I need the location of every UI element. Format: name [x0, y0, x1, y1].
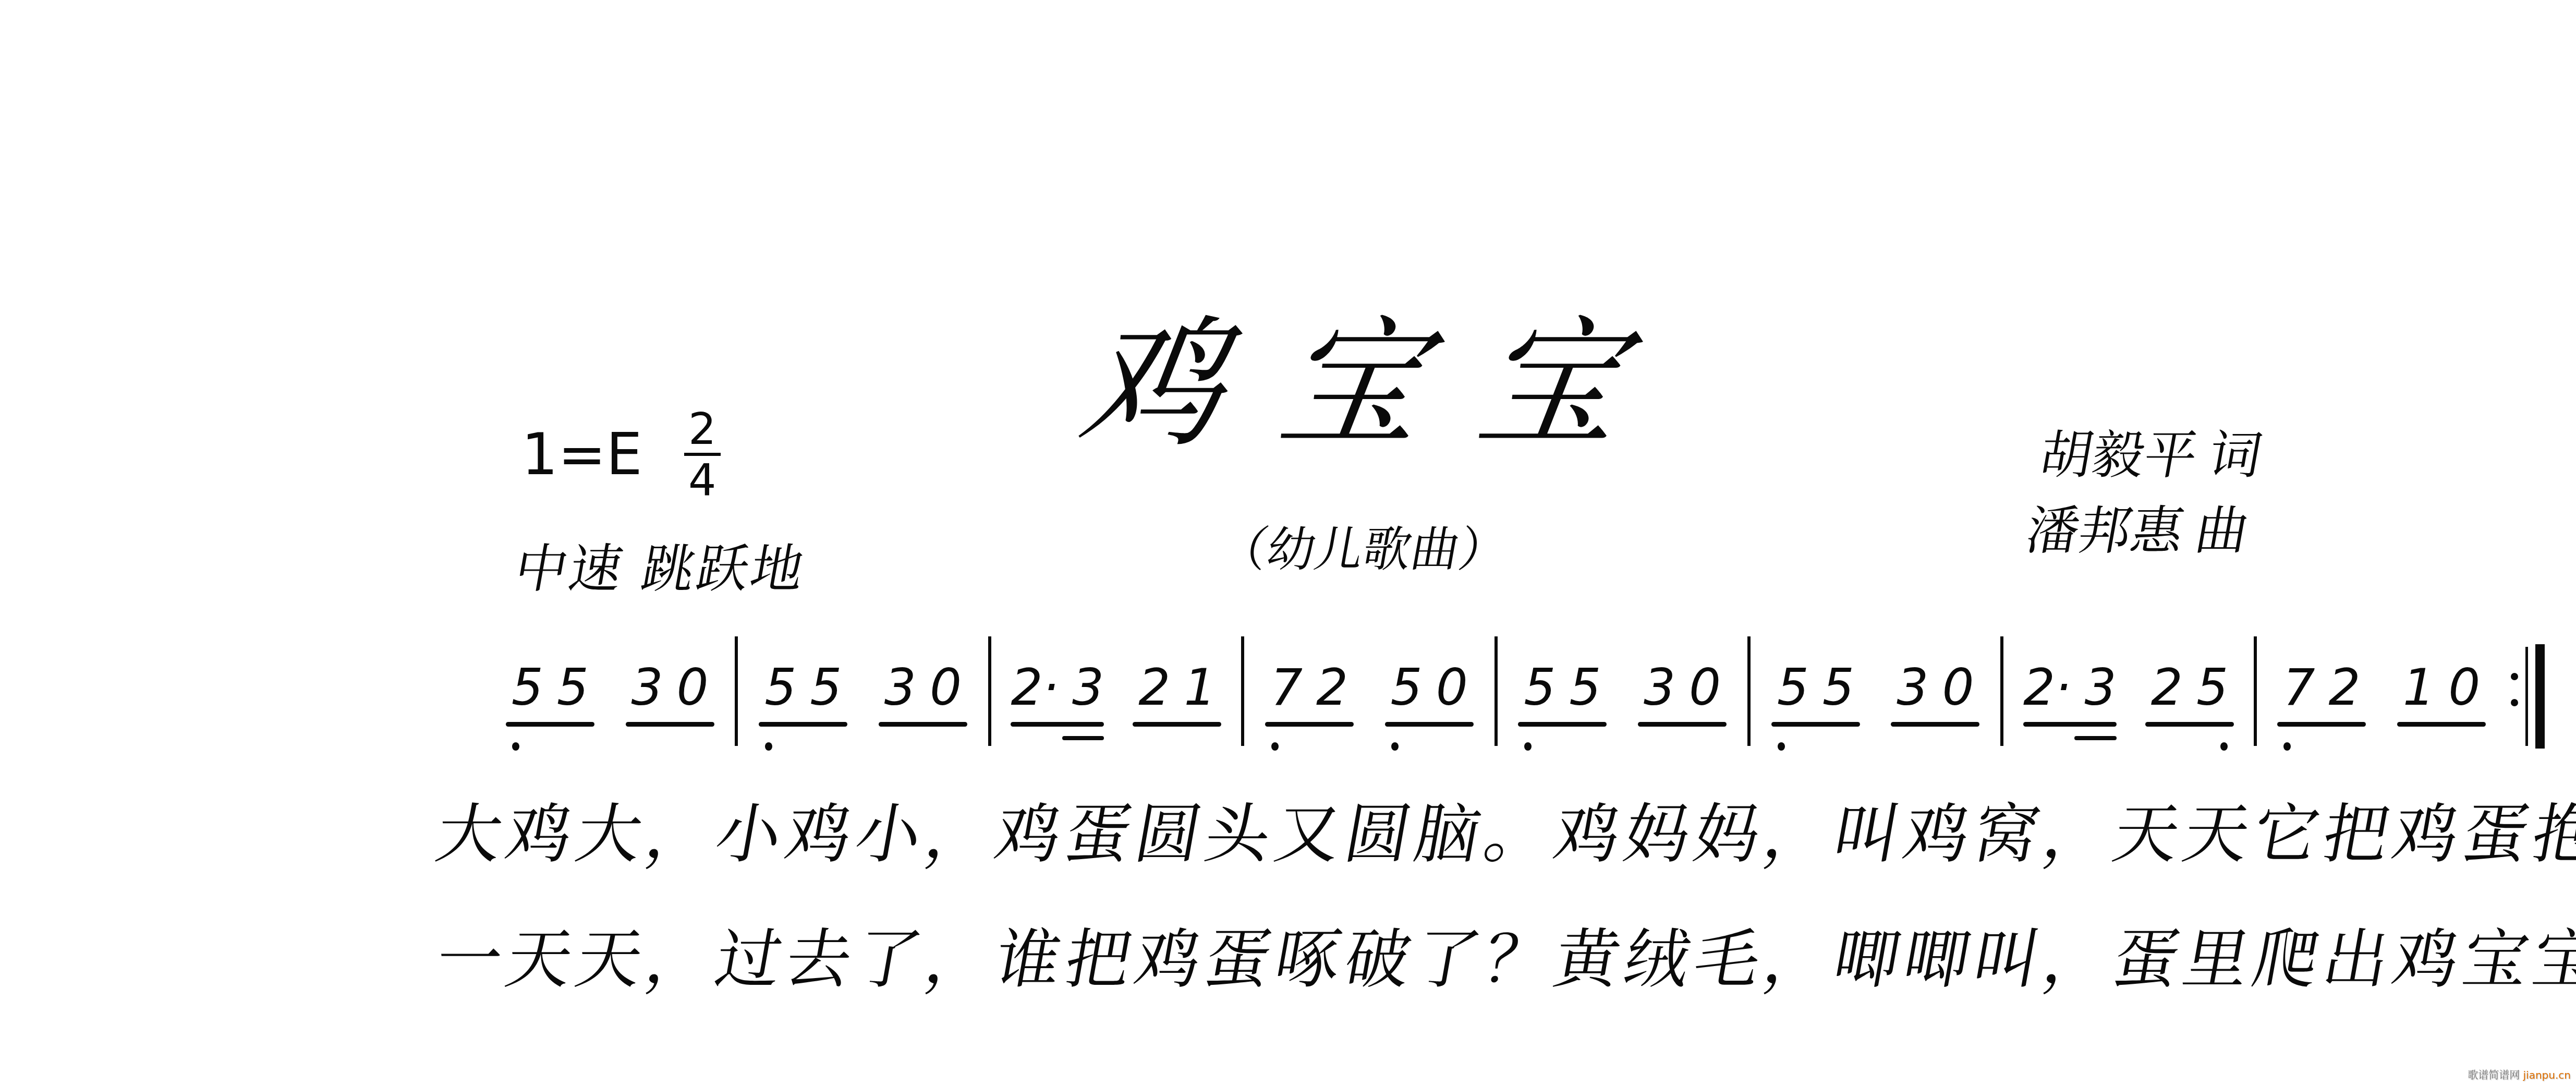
- watermark: 歌谱简谱网 jianpu.cn: [2468, 1067, 2571, 1082]
- note: 0: [1689, 662, 1721, 713]
- beat-group: 30: [626, 662, 714, 727]
- eighth-note-beam: [2277, 722, 2366, 727]
- note: 3: [631, 662, 663, 713]
- note-group: 72: [1271, 662, 1348, 713]
- note: 5: [764, 662, 796, 713]
- note: 5: [1777, 662, 1809, 713]
- beat-group: 55: [1518, 662, 1607, 751]
- note: 0: [1436, 662, 1468, 713]
- eighth-note-beam: [1265, 722, 1354, 727]
- song-title: 鸡宝宝: [1071, 271, 1694, 474]
- note: 3: [1072, 662, 1104, 713]
- lyrics-verse-1: 大鸡大，小鸡小，鸡蛋圆头又圆脑。鸡妈妈，叫鸡窝，天天它把鸡蛋抱。: [430, 782, 2576, 875]
- note: 3: [1644, 662, 1675, 713]
- eighth-note-beam: [2023, 722, 2117, 727]
- note-group: 55: [764, 662, 842, 713]
- note: 3: [1897, 662, 1928, 713]
- beat-group: 2·3: [2023, 662, 2117, 740]
- note: 2: [2328, 662, 2360, 713]
- note-group: 55: [1777, 662, 1854, 713]
- lyricist-role: 词: [2204, 425, 2267, 486]
- eighth-note-beam: [1011, 722, 1104, 727]
- measure: 2·321: [997, 636, 1236, 756]
- note: 2: [1138, 662, 1170, 713]
- watermark-site-name: 歌谱简谱网: [2468, 1069, 2520, 1081]
- beat-group: 2·3: [1011, 662, 1104, 740]
- note: 5: [1391, 662, 1423, 713]
- beat-group: 30: [1891, 662, 1979, 727]
- note: 1: [1184, 662, 1216, 713]
- eighth-note-beam: [759, 722, 847, 727]
- song-subtitle: （幼儿歌曲）: [1214, 511, 1514, 580]
- note-group: 30: [1644, 662, 1721, 713]
- note-group: 10: [2403, 662, 2480, 713]
- repeat-end-barline: [2511, 636, 2545, 756]
- beat-group: 30: [879, 662, 967, 727]
- repeat-dot: [2511, 699, 2518, 706]
- lower-octave-dot: [2283, 742, 2291, 751]
- lower-octave-dot: [1778, 742, 1785, 751]
- eighth-note-beam: [1891, 722, 1979, 727]
- note: 7: [1271, 662, 1303, 713]
- lyrics-verse-2: 一天天，过去了，谁把鸡蛋啄破了？黄绒毛，唧唧叫，蛋里爬出鸡宝宝。: [430, 908, 2576, 1000]
- time-signature: 2 4: [684, 407, 721, 502]
- lower-octave-dot: [1524, 742, 1532, 751]
- key-and-time-signature: 1=E 2 4: [521, 407, 721, 502]
- measure: 2·325: [2009, 636, 2248, 756]
- barline: [1241, 636, 1244, 746]
- beat-group: 55: [759, 662, 847, 751]
- beat-group: 30: [1638, 662, 1727, 727]
- barline: [735, 636, 738, 746]
- barline: [2000, 636, 2003, 746]
- jianpu-score-line: 553055302·3217250553055302·3257210: [490, 636, 2545, 756]
- watermark-url: jianpu.cn: [2523, 1069, 2571, 1081]
- lower-octave-dot: [765, 742, 772, 751]
- repeat-dots: [2511, 636, 2518, 706]
- note: 5: [557, 662, 589, 713]
- tempo-marking: 中速 跳跃地: [509, 527, 812, 602]
- thin-barline: [2525, 647, 2528, 746]
- note-group: 2·3: [2023, 662, 2117, 713]
- beat-group: 72: [1265, 662, 1354, 751]
- note-group: 72: [2283, 662, 2360, 713]
- repeat-dot: [2511, 673, 2518, 680]
- note: 5: [1822, 662, 1854, 713]
- note: 2·: [2023, 662, 2071, 713]
- note-group: 30: [631, 662, 708, 713]
- note: 1: [2403, 662, 2435, 713]
- beat-group: 50: [1385, 662, 1474, 751]
- eighth-note-beam: [2145, 722, 2234, 727]
- lower-octave-dot: [512, 742, 519, 751]
- beat-group: 25: [2145, 662, 2234, 751]
- note: 0: [1942, 662, 1974, 713]
- eighth-note-beam: [879, 722, 967, 727]
- note: 5: [1524, 662, 1556, 713]
- eighth-note-beam: [1518, 722, 1607, 727]
- time-signature-numerator: 2: [688, 407, 716, 451]
- barline: [1494, 636, 1498, 746]
- lower-octave-dot: [1391, 742, 1399, 751]
- note: 5: [810, 662, 842, 713]
- note: 0: [930, 662, 962, 713]
- note: 2: [1316, 662, 1348, 713]
- beat-group: 55: [1771, 662, 1860, 751]
- note-group: 50: [1391, 662, 1468, 713]
- eighth-note-beam: [1385, 722, 1474, 727]
- measure: 7250: [1249, 636, 1489, 756]
- credits: 胡毅平词 潘邦惠曲: [2020, 417, 2268, 569]
- note-group: 21: [1138, 662, 1216, 713]
- sixteenth-note-beam: [1062, 736, 1104, 740]
- note: 3: [884, 662, 916, 713]
- beat-group: 72: [2277, 662, 2366, 751]
- measure: 5530: [743, 636, 982, 756]
- note: 7: [2283, 662, 2315, 713]
- eighth-note-beam: [626, 722, 714, 727]
- lower-octave-dot: [1271, 742, 1279, 751]
- measure: 7210: [2262, 636, 2501, 756]
- note-group: 55: [512, 662, 589, 713]
- barline: [2254, 636, 2257, 746]
- eighth-note-beam: [1771, 722, 1860, 727]
- thick-barline: [2535, 644, 2545, 749]
- note: 0: [677, 662, 709, 713]
- beat-group: 10: [2397, 662, 2486, 727]
- eighth-note-beam: [2397, 722, 2486, 727]
- eighth-note-beam: [1638, 722, 1727, 727]
- time-signature-denominator: 4: [688, 458, 716, 502]
- note: 5: [2196, 662, 2228, 713]
- barline: [988, 636, 991, 746]
- measure: 5530: [1503, 636, 1742, 756]
- sixteenth-note-beam: [2074, 736, 2116, 740]
- eighth-note-beam: [1133, 722, 1221, 727]
- barline: [1747, 636, 1751, 746]
- measure: 5530: [1756, 636, 1995, 756]
- composer-name: 潘邦惠: [2022, 500, 2189, 561]
- note: 2·: [1011, 662, 1059, 713]
- note: 0: [2448, 662, 2480, 713]
- lower-octave-dot: [2220, 742, 2228, 751]
- composer-role: 曲: [2191, 500, 2254, 561]
- note: 3: [2085, 662, 2117, 713]
- measure: 5530: [490, 636, 730, 756]
- beat-group: 55: [506, 662, 594, 751]
- note: 5: [1569, 662, 1601, 713]
- key-signature: 1=E: [521, 421, 642, 488]
- note: 2: [2151, 662, 2183, 713]
- note-group: 30: [1897, 662, 1974, 713]
- note-group: 30: [884, 662, 962, 713]
- beat-group: 21: [1133, 662, 1221, 727]
- note-group: 55: [1524, 662, 1601, 713]
- note-group: 2·3: [1011, 662, 1104, 713]
- composer-credit: 潘邦惠曲: [2020, 493, 2255, 569]
- note: 5: [512, 662, 543, 713]
- note-group: 25: [2151, 662, 2228, 713]
- lyricist-name: 胡毅平: [2035, 425, 2202, 486]
- lyricist-credit: 胡毅平词: [2034, 417, 2268, 493]
- eighth-note-beam: [506, 722, 594, 727]
